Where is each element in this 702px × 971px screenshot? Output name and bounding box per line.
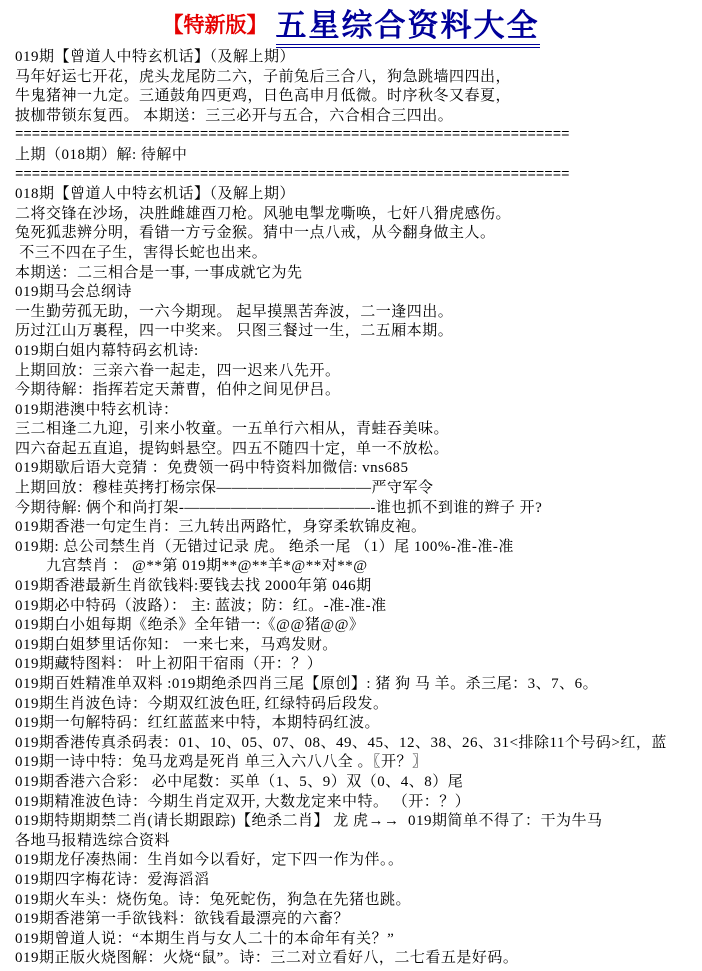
text-line: 019期白小姐每期《绝杀》全年错一:《@@猪@@》 [15,616,698,636]
text-line: 九宫禁肖 ： @**第 019期**@**羊*@**对**@ [15,557,698,577]
text-line: 一生勤劳孤无助，一六今期现。 起早摸黑苦奔波，二一逢四出。 [15,303,698,323]
edition-badge: 【特新版】 [163,13,268,37]
content-lines: 019期【曾道人中特玄机话】（及解上期）马年好运七开花，虎头龙尾防二六，子前兔后… [0,48,702,969]
text-line: 019期特期期禁二肖(请长期跟踪)【绝杀二肖】 龙 虎→→ 019期简单不得了：… [15,812,698,832]
page-header: 【特新版】五星综合资料大全 [0,6,702,44]
text-line: 今期待解：指挥若定天萧曹，伯仲之间见伊吕。 [15,381,698,401]
text-line: 019期歇后语大竞猜 ：免费领一码中特资料加微信: vns685 [15,459,698,479]
text-line: 019期藏特图料： 叶上初阳干宿雨（开：？） [15,655,698,675]
text-line: 019期香港传真杀码表：01、10、05、07、08、49、45、12、38、2… [15,734,698,754]
text-line: 019期白姐梦里话你知： 一来七来，马鸡发财。 [15,636,698,656]
text-line: 上期回放：穆桂英拷打杨宗保——————————严守军令 [15,479,698,499]
text-line: 019期四字梅花诗：爱海滔滔 [15,871,698,891]
separator-line: ========================================… [15,126,698,146]
text-line: 上期（018期）解: 待解中 [15,146,698,166]
text-line: 二将交锋在沙场，决胜雌雄酉刀枪。风驰电掣龙嘶唤，七奸八猾虎感伤。 [15,205,698,225]
text-line: 018期【曾道人中特玄机话】（及解上期） [15,185,698,205]
text-line: 三二相逢二九迎，引来小牧童。一五单行六相从，青蛙吞美味。 [15,420,698,440]
text-line: 上期回放：三亲六眷一起走，四一迟来八先开。 [15,362,698,382]
text-line: 019期【曾道人中特玄机话】（及解上期） [15,48,698,68]
separator-line: ========================================… [15,166,698,186]
text-line: 019期生肖波色诗：今期双红波色旺, 红绿特码后段发。 [15,695,698,715]
text-line: 四六奋起五直追，提钩蚪悬空。四五不随四十定，单一不放松。 [15,440,698,460]
text-line: 不三不四在子生，害得长蛇也出来。 [15,244,698,264]
text-line: 各地马报精选综合资料 [15,832,698,852]
text-line: 019期精准波色诗：今期生肖定双开, 大数龙定来中特。 （开：？） [15,793,698,813]
text-line: 019期: 总公司禁生肖（无错过记录 虎。 绝杀一尾 （1）尾 100%-准-准… [15,538,698,558]
text-line: 019期马会总纲诗 [15,283,698,303]
text-line: 今期待解: 俩个和尚打架-————————————-谁也抓不到谁的辫子 开? [15,499,698,519]
text-line: 019期香港六合彩： 必中尾数：买单（1、5、9）双（0、4、8）尾 [15,773,698,793]
text-line: 019期正版火烧图解：火烧“鼠”。诗：三二对立看好八，二七看五是好码。 [15,949,698,969]
lottery-info-page: 【特新版】五星综合资料大全 019期【曾道人中特玄机话】（及解上期）马年好运七开… [0,0,702,971]
page-title: 五星综合资料大全 [276,8,540,48]
text-line: 历过江山万裏程，四一中奖来。 只图三餐过一生，二五厢本期。 [15,322,698,342]
text-line: 019期白姐内幕特码玄机诗: [15,342,698,362]
text-line: 019期香港最新生肖欲钱料:要钱去找 2000年第 046期 [15,577,698,597]
text-line: 019期龙仔凑热闹：生肖如今以看好，定下四一作为伴。。 [15,851,698,871]
text-line: 019期火车头：烧伤兔。诗：兔死蛇伤，狗急在先猪也跳。 [15,891,698,911]
text-line: 牛鬼猪神一九定。三通鼓角四更鸡，日色高申月低微。时序秋冬又春夏， [15,87,698,107]
text-line: 本期送：二三相合是一事, 一事成就它为先 [15,264,698,284]
text-line: 019期一诗中特：兔马龙鸡是死肖 单三入六八八全 。〖开？〗 [15,753,698,773]
text-line: 019期必中特码（波路）： 主: 蓝波；防：红。-准-准-准 [15,597,698,617]
text-line: 019期百姓精准单双料 :019期绝杀四肖三尾【原创】: 猪 狗 马 羊。杀三尾… [15,675,698,695]
text-line: 019期港澳中特玄机诗： [15,401,698,421]
text-line: 019期香港第一手欲钱料：欲钱看最漂亮的六畜？ [15,910,698,930]
text-line: 019期一句解特码：红红蓝蓝来中特，本期特码红波。 [15,714,698,734]
text-line: 兔死狐悲辨分明，看错一方亏金猴。猜中一点八戒，从今翻身做主人。 [15,224,698,244]
text-line: 019期香港一句定生肖：三九转出两路忙，身穿柔软锦皮袍。 [15,518,698,538]
text-line: 马年好运七开花，虎头龙尾防二六，子前兔后三合八，狗急跳墙四四出， [15,68,698,88]
text-line: 019期曾道人说：“本期生肖与女人二十的本命年有关？” [15,930,698,950]
text-line: 披枷带锁东复西。 本期送：三三必开与五合，六合相合三四出。 [15,107,698,127]
